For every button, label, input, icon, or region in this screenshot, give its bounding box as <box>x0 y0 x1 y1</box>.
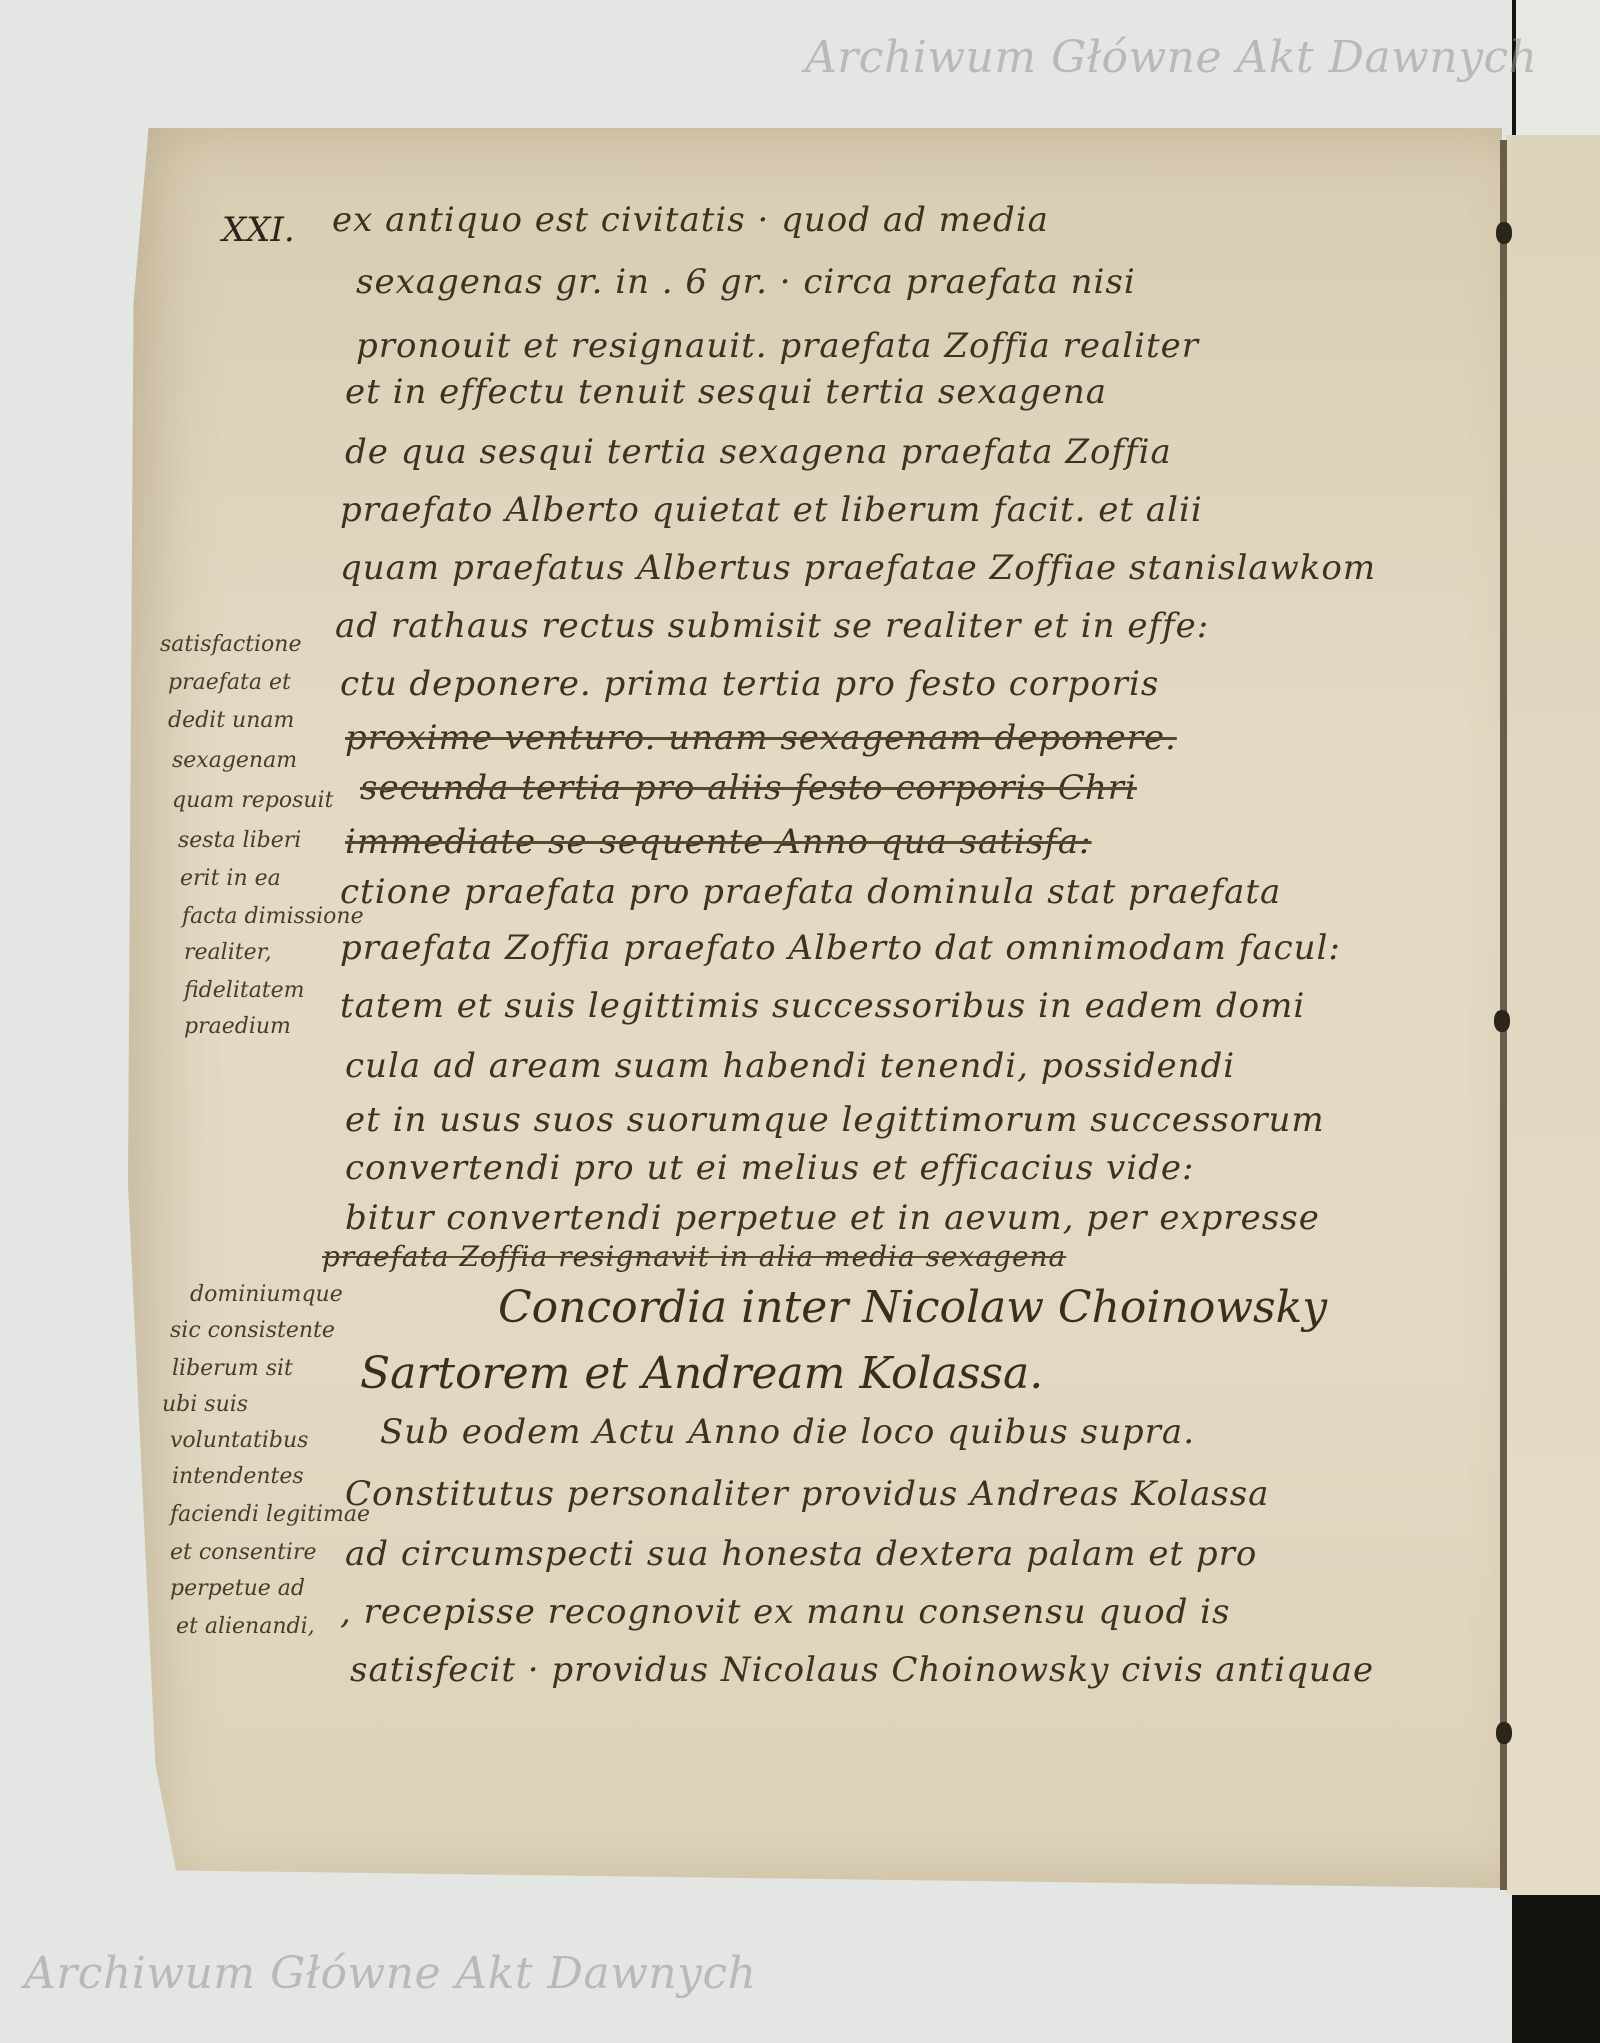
main-line: ctione praefata pro praefata dominula st… <box>340 872 1281 912</box>
margin-note: et alienandi, <box>176 1614 315 1639</box>
margin-note: dominiumque <box>190 1282 343 1307</box>
main-line: ad rathaus rectus submisit se realiter e… <box>335 606 1209 646</box>
margin-note: satisfactione <box>160 632 301 657</box>
struck-line: praefata Zoffia resignavit in alia media… <box>322 1240 1066 1273</box>
closing-line: ad circumspecti sua honesta dextera pala… <box>345 1534 1257 1574</box>
margin-note: ubi suis <box>162 1392 248 1417</box>
main-line: convertendi pro ut ei melius et efficaci… <box>345 1148 1194 1188</box>
struck-line: proxime venturo. unam sexagenam deponere… <box>345 718 1177 758</box>
margin-note: erit in ea <box>180 866 281 891</box>
margin-note: dedit unam <box>168 708 294 733</box>
main-line: ex antiquo est civitatis · quod ad media <box>332 200 1049 240</box>
main-line: tatem et suis legittimis successoribus i… <box>340 986 1305 1026</box>
struck-line: immediate se sequente Anno qua satisfa: <box>345 822 1092 862</box>
margin-note: sic consistente <box>170 1318 335 1343</box>
main-line: et in effectu tenuit sesqui tertia sexag… <box>345 372 1107 412</box>
margin-note: liberum sit <box>172 1356 293 1381</box>
margin-note: perpetue ad <box>170 1576 305 1601</box>
margin-note: praefata et <box>168 670 291 695</box>
margin-note: realiter, <box>184 940 272 965</box>
margin-note: sexagenam <box>172 748 297 773</box>
main-line: quam praefatus Albertus praefatae Zoffia… <box>340 548 1376 588</box>
main-line: cula ad aream suam habendi tenendi, poss… <box>345 1046 1235 1086</box>
main-line: et in usus suos suorumque legittimorum s… <box>345 1100 1325 1140</box>
margin-note: faciendi legitimae <box>170 1502 370 1527</box>
main-line: ctu deponere. prima tertia pro festo cor… <box>340 664 1159 704</box>
margin-note: quam reposuit <box>172 788 333 813</box>
margin-note: praedium <box>184 1014 291 1039</box>
margin-note: facta dimissione <box>182 904 364 929</box>
closing-line: satisfecit · providus Nicolaus Choinowsk… <box>350 1650 1374 1690</box>
entry-heading-line2: Sartorem et Andream Kolassa. <box>360 1348 1043 1399</box>
margin-note: et consentire <box>170 1540 316 1565</box>
margin-note: sesta liberi <box>178 828 301 853</box>
main-line: praefato Alberto quietat et liberum faci… <box>340 490 1203 530</box>
main-line: pronouit et resignauit. praefata Zoffia … <box>356 326 1199 366</box>
closing-line: , recepisse recognovit ex manu consensu … <box>340 1592 1230 1632</box>
main-line: de qua sesqui tertia sexagena praefata Z… <box>345 432 1172 472</box>
main-line: sexagenas gr. in . 6 gr. · circa praefat… <box>356 262 1136 302</box>
margin-note: fidelitatem <box>184 978 305 1003</box>
entry-heading-line1: Concordia inter Nicolaw Choinowsky <box>498 1282 1327 1333</box>
closing-line: Sub eodem Actu Anno die loco quibus supr… <box>380 1412 1195 1452</box>
folio-number: XXI. <box>222 210 295 250</box>
main-line: bitur convertendi perpetue et in aevum, … <box>345 1198 1320 1238</box>
manuscript-text: XXI. ex antiquo est civitatis · quod ad … <box>0 0 1600 2043</box>
struck-line: secunda tertia pro aliis festo corporis … <box>360 768 1137 808</box>
main-line: praefata Zoffia praefato Alberto dat omn… <box>340 928 1341 968</box>
margin-note: intendentes <box>172 1464 304 1489</box>
margin-note: voluntatibus <box>170 1428 308 1453</box>
closing-line: Constitutus personaliter providus Andrea… <box>345 1474 1269 1514</box>
